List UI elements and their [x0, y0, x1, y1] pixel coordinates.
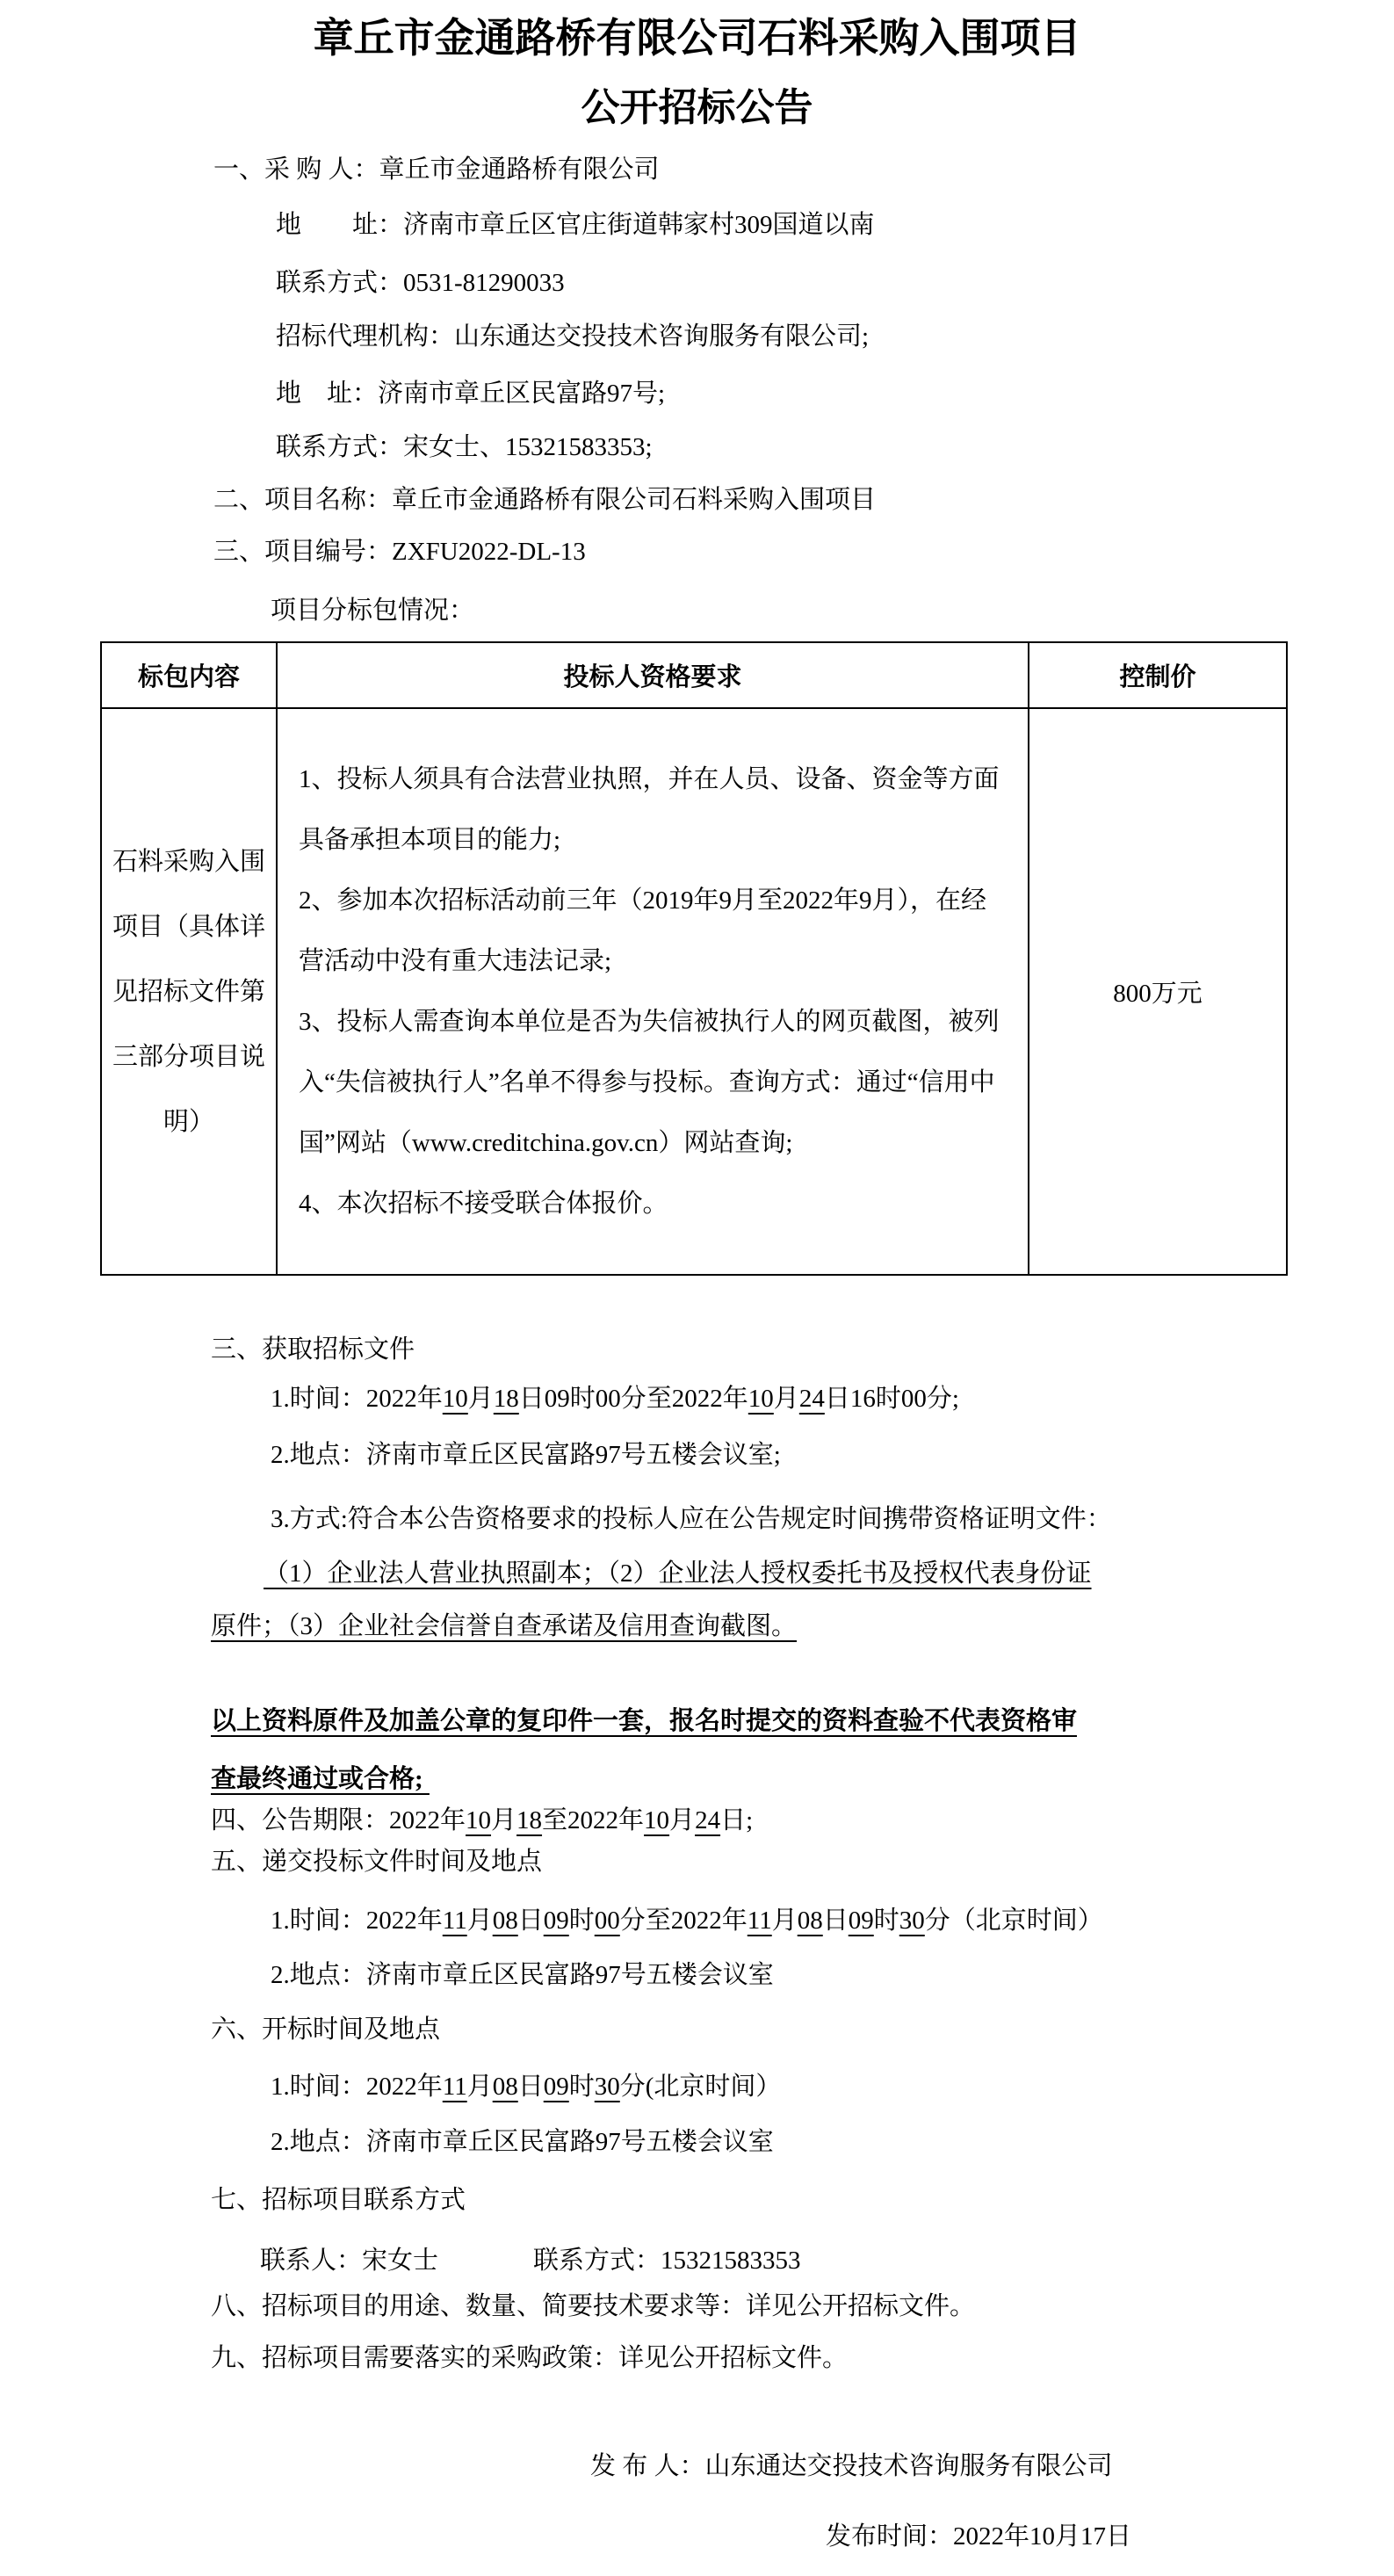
- project-name-line: 二、项目名称：章丘市金通路桥有限公司石料采购入围项目: [213, 483, 876, 517]
- notice-line1: 以上资料原件及加盖公章的复印件一套，报名时提交的资料查验不代表资格审: [211, 1704, 1077, 1738]
- package-table-row: 石料采购入围项目（具体详见招标文件第三部分项目说明） 1、投标人须具有合法营业执…: [101, 708, 1287, 1275]
- text-segment: 月: [467, 1907, 493, 1935]
- text-segment: 四、公告期限：2022年: [211, 1806, 466, 1834]
- usage-line: 八、招标项目的用途、数量、简要技术要求等：详见公开招标文件。: [211, 2290, 975, 2323]
- contact-heading: 七、招标项目联系方式: [211, 2183, 466, 2217]
- notice-line2: 查最终通过或合格;: [211, 1762, 430, 1796]
- text-segment: 时: [569, 2073, 595, 2101]
- obtain-heading: 三、获取招标文件: [211, 1333, 415, 1366]
- underlined-month: 11: [748, 1907, 772, 1935]
- header-control-price: 控制价: [1029, 642, 1287, 708]
- underlined-minute: 30: [595, 2073, 620, 2101]
- document-title-line1: 章丘市金通路桥有限公司石料采购入围项目: [0, 14, 1394, 63]
- requirement-item: 4、本次招标不接受联合体报价。: [299, 1174, 1007, 1234]
- header-bidder-qualification: 投标人资格要求: [277, 642, 1029, 708]
- text-segment: 分至2022年: [620, 1907, 748, 1935]
- opening-place-line: 2.地点：济南市章丘区民富路97号五楼会议室: [271, 2125, 774, 2159]
- underlined-day: 24: [695, 1806, 720, 1834]
- requirement-item: 3、投标人需查询本单位是否为失信被执行人的网页截图，被列入“失信被执行人”名单不…: [299, 992, 1007, 1174]
- text-segment: 分(北京时间）: [620, 2073, 782, 2101]
- text-segment: 月: [467, 2073, 493, 2101]
- underlined-month: 11: [443, 1907, 467, 1935]
- publish-date-line: 发布时间：2022年10月17日: [826, 2520, 1131, 2553]
- purchaser-line: 一、采 购 人：章丘市金通路桥有限公司: [213, 153, 660, 186]
- package-content-cell: 石料采购入围项目（具体详见招标文件第三部分项目说明）: [101, 708, 277, 1275]
- underlined-hour: 09: [849, 1907, 874, 1935]
- underlined-month: 11: [443, 2073, 467, 2101]
- contact-person: 联系人：宋女士: [260, 2247, 438, 2275]
- agency-address-line: 地 址：济南市章丘区民富路97号;: [276, 377, 665, 410]
- obtain-time-line: 1.时间：2022年10月18日09时00分至2022年10月24日16时00分…: [271, 1382, 959, 1415]
- announcement-document: 章丘市金通路桥有限公司石料采购入围项目 公开招标公告 一、采 购 人：章丘市金通…: [0, 0, 1394, 2576]
- underlined-day: 24: [799, 1385, 825, 1413]
- text-segment: 日: [518, 2073, 544, 2101]
- announcement-period-line: 四、公告期限：2022年10月18至2022年10月24日;: [211, 1804, 753, 1837]
- header-package-content: 标包内容: [101, 642, 277, 708]
- purchaser-contact-line: 联系方式：0531-81290033: [276, 266, 565, 300]
- underlined-day: 18: [494, 1385, 519, 1413]
- underlined-month: 10: [466, 1806, 491, 1834]
- text-segment: 1.时间：2022年: [271, 2073, 443, 2101]
- contact-phone: 联系方式：15321583353: [533, 2247, 801, 2275]
- underlined-day: 08: [798, 1907, 823, 1935]
- text-segment: 时: [874, 1907, 899, 1935]
- package-table-header-row: 标包内容 投标人资格要求 控制价: [101, 642, 1287, 708]
- text-segment: 月: [774, 1385, 799, 1413]
- submission-time-line: 1.时间：2022年11月08日09时00分至2022年11月08日09时30分…: [271, 1904, 1103, 1937]
- text-segment: 1.时间：2022年: [271, 1907, 443, 1935]
- text-segment: 至2022年: [542, 1806, 644, 1834]
- underlined-hour: 09: [544, 2073, 569, 2101]
- text-segment: 月: [468, 1385, 494, 1413]
- underlined-day: 08: [493, 1907, 518, 1935]
- text-segment: 日09时00分至2022年: [519, 1385, 748, 1413]
- text-segment: 月: [491, 1806, 516, 1834]
- text-segment: 日;: [720, 1806, 753, 1834]
- submission-place-line: 2.地点：济南市章丘区民富路97号五楼会议室: [271, 1958, 774, 1992]
- text-segment: 时: [569, 1907, 595, 1935]
- text-segment: 分（北京时间）: [925, 1907, 1103, 1935]
- underlined-month: 10: [644, 1806, 669, 1834]
- requirement-item: 2、参加本次招标活动前三年（2019年9月至2022年9月），在经营活动中没有重…: [299, 871, 1007, 992]
- underlined-minute: 00: [595, 1907, 620, 1935]
- publisher-line: 发 布 人：山东通达交投技术咨询服务有限公司: [590, 2449, 1113, 2483]
- control-price-cell: 800万元: [1029, 708, 1287, 1275]
- text-segment: 月: [669, 1806, 695, 1834]
- underlined-day: 08: [493, 2073, 518, 2101]
- underlined-month: 10: [443, 1385, 468, 1413]
- opening-heading: 六、开标时间及地点: [211, 2013, 440, 2046]
- requirement-item: 1、投标人须具有合法营业执照，并在人员、设备、资金等方面具备承担本项目的能力;: [299, 749, 1007, 871]
- underlined-minute: 30: [899, 1907, 925, 1935]
- packages-intro-line: 项目分标包情况：: [271, 594, 474, 627]
- required-docs-line1: （1）企业法人营业执照副本；（2）企业法人授权委托书及授权代表身份证: [264, 1557, 1092, 1590]
- text-segment: 1.时间：2022年: [271, 1385, 443, 1413]
- required-docs-line2: 原件；（3）企业社会信誉自查承诺及信用查询截图。: [211, 1610, 797, 1643]
- purchaser-address-line: 地 址：济南市章丘区官庄街道韩家村309国道以南: [276, 208, 875, 242]
- package-table: 标包内容 投标人资格要求 控制价 石料采购入围项目（具体详见招标文件第三部分项目…: [100, 641, 1288, 1276]
- obtain-method-line: 3.方式:符合本公告资格要求的投标人应在公告规定时间携带资格证明文件：: [271, 1502, 1112, 1536]
- text-segment: 日: [823, 1907, 849, 1935]
- agency-line: 招标代理机构：山东通达交投技术咨询服务有限公司;: [276, 320, 869, 353]
- underlined-month: 10: [748, 1385, 774, 1413]
- document-title-line2: 公开招标公告: [0, 84, 1394, 132]
- underlined-hour: 09: [544, 1907, 569, 1935]
- contact-line: 联系人：宋女士联系方式：15321583353: [260, 2244, 801, 2277]
- text-segment: 月: [772, 1907, 798, 1935]
- policy-line: 九、招标项目需要落实的采购政策：详见公开招标文件。: [211, 2341, 848, 2375]
- qualification-cell: 1、投标人须具有合法营业执照，并在人员、设备、资金等方面具备承担本项目的能力; …: [277, 708, 1029, 1275]
- obtain-place-line: 2.地点：济南市章丘区民富路97号五楼会议室;: [271, 1438, 781, 1472]
- text-segment: 日: [518, 1907, 544, 1935]
- text-segment: 日16时00分;: [825, 1385, 959, 1413]
- project-number-line: 三、项目编号：ZXFU2022-DL-13: [213, 535, 586, 568]
- agency-contact-line: 联系方式：宋女士、15321583353;: [276, 431, 653, 464]
- submission-heading: 五、递交投标文件时间及地点: [211, 1845, 542, 1878]
- opening-time-line: 1.时间：2022年11月08日09时30分(北京时间）: [271, 2070, 781, 2103]
- underlined-day: 18: [516, 1806, 542, 1834]
